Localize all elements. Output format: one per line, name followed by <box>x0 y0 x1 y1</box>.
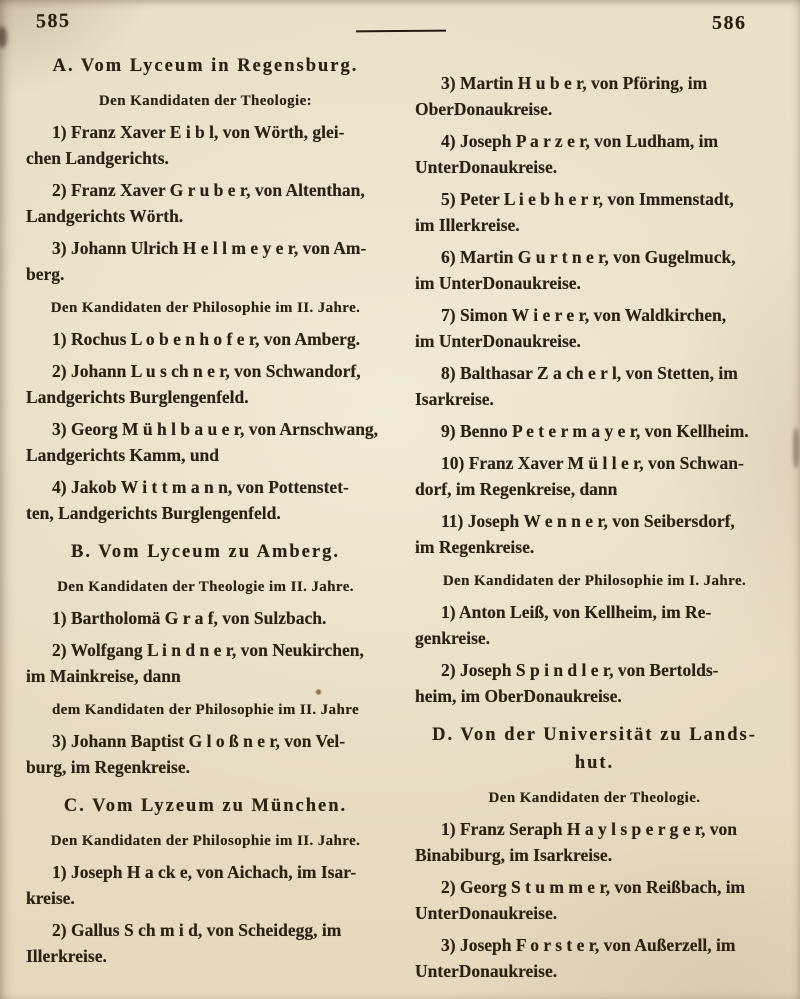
header-divider-rule <box>356 30 446 33</box>
candidate-entry: 10) Franz Xaver M ü l l e r, von Schwan-… <box>415 450 774 502</box>
text-line: Isarkreise. <box>415 386 774 412</box>
text-line: 5) Peter L i e b h e r r, von Immenstadt… <box>415 186 774 212</box>
text-line: 6) Martin G u r t n e r, von Gugelmuck, <box>415 244 774 270</box>
text-line: 2) Wolfgang L i n d n e r, von Neukirche… <box>26 637 385 663</box>
page-edge-speck <box>793 428 799 468</box>
text-line: B. Vom Lyceum zu Amberg. <box>26 538 385 566</box>
candidate-entry: 3) Georg M ü h l b a u e r, von Arnschwa… <box>26 416 385 468</box>
candidate-entry: 1) Bartholomä G r a f, von Sulzbach. <box>26 605 385 631</box>
candidate-entry: 4) Jakob W i t t m a n n, von Pottenstet… <box>26 474 385 526</box>
text-line: Den Kandidaten der Philosophie im I. Jah… <box>415 569 774 593</box>
text-line: D. Von der Universität zu Lands- <box>415 721 774 749</box>
text-line: dorf, im Regenkreise, dann <box>415 476 774 502</box>
text-line: 2) Johann L u s ch n e r, von Schwandorf… <box>26 358 385 384</box>
candidate-entry: 9) Benno P e t e r m a y e r, von Kellhe… <box>415 418 774 444</box>
candidate-entry: 2) Franz Xaver G r u b e r, von Altentha… <box>26 177 385 229</box>
text-line: 2) Gallus S ch m i d, von Scheidegg, im <box>26 917 385 943</box>
text-line: Den Kandidaten der Philosophie im II. Ja… <box>26 296 385 320</box>
section-heading: D. Von der Universität zu Lands-hut. <box>415 721 774 777</box>
candidate-entry: 2) Johann L u s ch n e r, von Schwandorf… <box>26 358 385 410</box>
candidate-entry: 5) Peter L i e b h e r r, von Immenstadt… <box>415 186 774 238</box>
text-line: UnterDonaukreise. <box>415 154 774 180</box>
text-line: Den Kandidaten der Theologie im II. Jahr… <box>26 575 385 599</box>
text-line: im UnterDonaukreise. <box>415 270 774 296</box>
text-line: Landgerichts Burglengenfeld. <box>26 384 385 410</box>
text-line: 3) Johann Ulrich H e l l m e y e r, von … <box>26 235 385 261</box>
text-line: 10) Franz Xaver M ü l l e r, von Schwan- <box>415 450 774 476</box>
text-line: Binabiburg, im Isarkreise. <box>415 842 774 868</box>
scanned-page: 585 586 A. Vom Lyceum in Regensburg.Den … <box>0 0 800 999</box>
text-line: 7) Simon W i e r e r, von Waldkirchen, <box>415 302 774 328</box>
candidate-entry: 2) Joseph S p i n d l e r, von Bertolds-… <box>415 657 774 709</box>
text-line: berg. <box>26 261 385 287</box>
section-heading: B. Vom Lyceum zu Amberg. <box>26 538 385 566</box>
right-column: 3) Martin H u b e r, von Pföring, imOber… <box>415 48 774 999</box>
text-line: im UnterDonaukreise. <box>415 328 774 354</box>
page-number-right: 586 <box>712 12 747 35</box>
text-line: A. Vom Lyceum in Regensburg. <box>26 52 385 80</box>
text-line: Landgerichts Kamm, und <box>26 442 385 468</box>
page-header: 585 586 <box>0 0 800 48</box>
candidate-entry: 4) Joseph P a r z e r, von Ludham, imUnt… <box>415 128 774 180</box>
text-line: chen Landgerichts. <box>26 145 385 171</box>
text-line: Illerkreise. <box>26 943 385 969</box>
text-line: 4) Joseph P a r z e r, von Ludham, im <box>415 128 774 154</box>
two-column-text: A. Vom Lyceum in Regensburg.Den Kandidat… <box>0 48 800 999</box>
text-line: dem Kandidaten der Philosophie im II. Ja… <box>26 698 385 722</box>
text-line: 1) Bartholomä G r a f, von Sulzbach. <box>26 605 385 631</box>
text-line: ten, Landgerichts Burglengenfeld. <box>26 500 385 526</box>
group-subheading: Den Kandidaten der Theologie: <box>26 89 385 113</box>
text-line: burg, im Regenkreise. <box>26 754 385 780</box>
text-line: 11) Joseph W e n n e r, von Seibersdorf, <box>415 508 774 534</box>
text-line: 1) Franz Seraph H a y l s p e r g e r, v… <box>415 816 774 842</box>
candidate-entry: 8) Balthasar Z a ch e r l, von Stetten, … <box>415 360 774 412</box>
text-line: Den Kandidaten der Theologie. <box>415 786 774 810</box>
page-number-left: 585 <box>36 10 71 34</box>
candidate-entry: 3) Martin H u b e r, von Pföring, imOber… <box>415 70 774 122</box>
candidate-entry: 6) Martin G u r t n e r, von Gugelmuck,i… <box>415 244 774 296</box>
text-line: heim, im OberDonaukreise. <box>415 683 774 709</box>
group-subheading: Den Kandidaten der Philosophie im I. Jah… <box>415 569 774 593</box>
text-line: 8) Balthasar Z a ch e r l, von Stetten, … <box>415 360 774 386</box>
section-heading: C. Vom Lyzeum zu München. <box>26 792 385 820</box>
text-line: UnterDonaukreise. <box>415 958 774 984</box>
text-line: 3) Johann Baptist G l o ß n e r, von Vel… <box>26 728 385 754</box>
candidate-entry: 11) Joseph W e n n e r, von Seibersdorf,… <box>415 508 774 560</box>
text-line: 2) Joseph S p i n d l e r, von Bertolds- <box>415 657 774 683</box>
candidate-entry: 1) Rochus L o b e n h o f e r, von Amber… <box>26 326 385 352</box>
ink-spot <box>315 689 322 695</box>
text-line: im Mainkreise, dann <box>26 663 385 689</box>
text-line: 3) Joseph F o r s t e r, von Außerzell, … <box>415 932 774 958</box>
candidate-entry: 1) Franz Seraph H a y l s p e r g e r, v… <box>415 816 774 868</box>
text-line: im Illerkreise. <box>415 212 774 238</box>
text-line: 2) Georg S t u m m e r, von Reißbach, im <box>415 874 774 900</box>
section-heading: A. Vom Lyceum in Regensburg. <box>26 52 385 80</box>
text-line: Den Kandidaten der Theologie: <box>26 89 385 113</box>
text-line: 1) Franz Xaver E i b l, von Wörth, glei- <box>26 119 385 145</box>
candidate-entry: 3) Joseph F o r s t e r, von Außerzell, … <box>415 932 774 984</box>
group-subheading: Den Kandidaten der Philosophie im II. Ja… <box>26 829 385 853</box>
text-line: 1) Rochus L o b e n h o f e r, von Amber… <box>26 326 385 352</box>
group-subheading: dem Kandidaten der Philosophie im II. Ja… <box>26 698 385 722</box>
text-line: 4) Jakob W i t t m a n n, von Pottenstet… <box>26 474 385 500</box>
candidate-entry: 2) Gallus S ch m i d, von Scheidegg, imI… <box>26 917 385 969</box>
text-line: 9) Benno P e t e r m a y e r, von Kellhe… <box>415 418 774 444</box>
text-line: OberDonaukreise. <box>415 96 774 122</box>
text-line: im Regenkreise. <box>415 534 774 560</box>
text-line: 1) Joseph H a ck e, von Aichach, im Isar… <box>26 859 385 885</box>
group-subheading: Den Kandidaten der Theologie im II. Jahr… <box>26 575 385 599</box>
text-line: UnterDonaukreise. <box>415 900 774 926</box>
candidate-entry: 1) Franz Xaver E i b l, von Wörth, glei-… <box>26 119 385 171</box>
text-line: 2) Franz Xaver G r u b e r, von Altentha… <box>26 177 385 203</box>
text-line: C. Vom Lyzeum zu München. <box>26 792 385 820</box>
left-column: A. Vom Lyceum in Regensburg.Den Kandidat… <box>26 48 385 999</box>
text-line: 3) Martin H u b e r, von Pföring, im <box>415 70 774 96</box>
text-line: Landgerichts Wörth. <box>26 203 385 229</box>
group-subheading: Den Kandidaten der Philosophie im II. Ja… <box>26 296 385 320</box>
text-line: hut. <box>415 749 774 777</box>
text-line: Den Kandidaten der Philosophie im II. Ja… <box>26 829 385 853</box>
text-line: 3) Georg M ü h l b a u e r, von Arnschwa… <box>26 416 385 442</box>
text-line: kreise. <box>26 885 385 911</box>
candidate-entry: 2) Georg S t u m m e r, von Reißbach, im… <box>415 874 774 926</box>
candidate-entry: 1) Joseph H a ck e, von Aichach, im Isar… <box>26 859 385 911</box>
text-line: genkreise. <box>415 625 774 651</box>
candidate-entry: 3) Johann Ulrich H e l l m e y e r, von … <box>26 235 385 287</box>
text-line: 1) Anton Leiß, von Kellheim, im Re- <box>415 599 774 625</box>
group-subheading: Den Kandidaten der Theologie. <box>415 786 774 810</box>
candidate-entry: 7) Simon W i e r e r, von Waldkirchen,im… <box>415 302 774 354</box>
candidate-entry: 3) Johann Baptist G l o ß n e r, von Vel… <box>26 728 385 780</box>
candidate-entry: 2) Wolfgang L i n d n e r, von Neukirche… <box>26 637 385 689</box>
candidate-entry: 1) Anton Leiß, von Kellheim, im Re-genkr… <box>415 599 774 651</box>
